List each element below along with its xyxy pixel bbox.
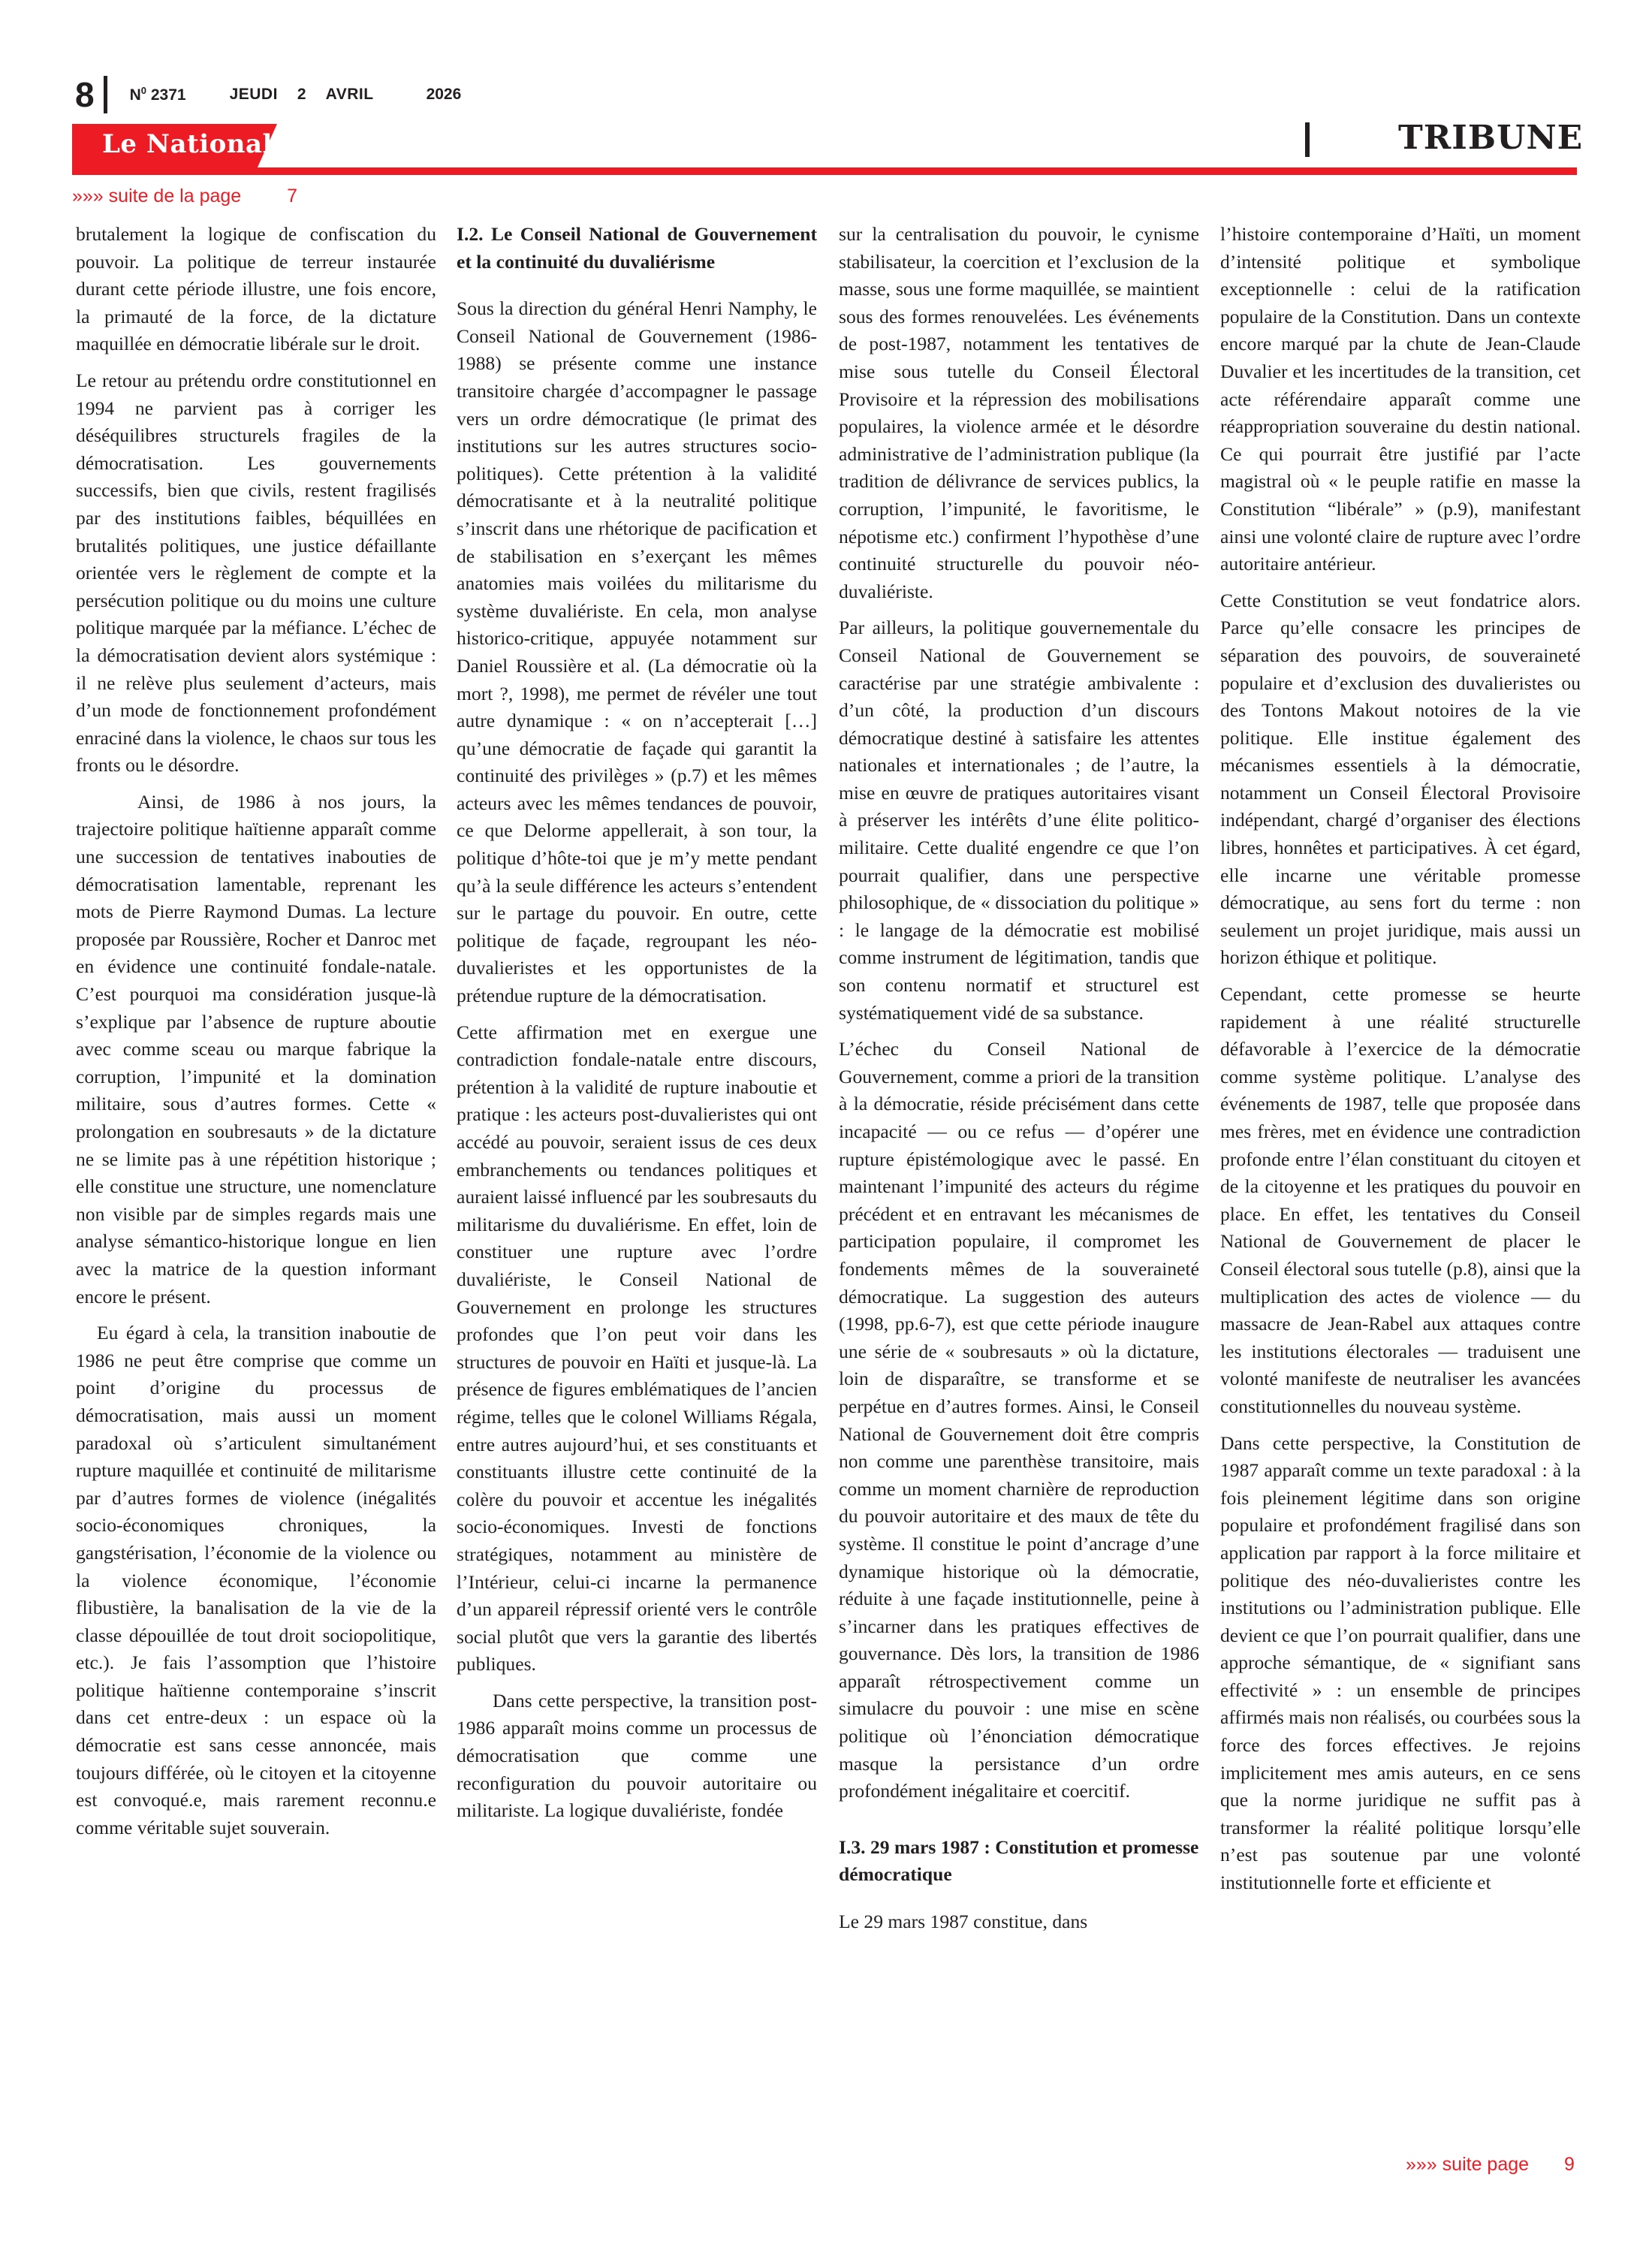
article-column-3: sur la centralisation du pouvoir, le cyn… [839,221,1199,1945]
subsection-heading: I.3. 29 mars 1987 : Constitution et prom… [839,1834,1199,1889]
paragraph: Eu égard à cela, la transition inaboutie… [76,1320,436,1841]
page-meta: 8 N0 2371 JEUDI 2 AVRIL 2026 [75,72,461,117]
paragraph: Sous la direction du général Henri Namph… [457,295,817,1009]
issue-sup: 0 [141,85,146,96]
section-divider [1305,122,1310,157]
page-number: 8 [75,77,95,112]
continue-arrows-icon: »»» [72,185,104,207]
newspaper-logo: Le National [102,129,273,159]
continued-from-label: suite de la page [109,185,242,207]
issue-date: 2 [297,86,306,104]
paragraph: Dans cette perspective, la Constitution … [1220,1430,1581,1897]
article-column-4: l’histoire contemporaine d’Haïti, un mom… [1220,221,1581,1906]
paragraph: Cette Constitution se veut fondatrice al… [1220,587,1581,972]
issue-day: JEUDI [230,86,278,104]
paragraph: Le retour au prétendu ordre constitution… [76,367,436,780]
issue-number: N0 2371 [130,85,186,104]
continued-to-link[interactable]: »»» suite page 9 [1406,2154,1575,2176]
paragraph: Le 29 mars 1987 constitue, dans [839,1908,1199,1936]
paragraph: Cependant, cette promesse se heurte rapi… [1220,981,1581,1421]
section-title: TRIBUNE [1398,119,1583,157]
issue-prefix: N [130,86,141,104]
continue-arrows-icon: »»» [1406,2154,1437,2175]
continued-to-label: suite page [1442,2154,1529,2175]
paragraph: Cette affirmation met en exergue une con… [457,1019,817,1678]
paragraph: Ainsi, de 1986 à nos jours, la trajectoi… [76,789,436,1310]
meta-divider [104,76,107,113]
issue-year: 2026 [427,86,462,104]
article-column-2: I.2. Le Conseil National de Gouvernement… [457,221,817,1834]
continued-from-link[interactable]: »»» suite de la page 7 [72,185,297,207]
issue-month: AVRIL [326,86,374,104]
article-column-1: brutalement la logique de confiscation d… [76,221,436,1850]
header-red-rule [72,167,1577,175]
paragraph: L’échec du Conseil National de Gouvernem… [839,1036,1199,1805]
paragraph: sur la centralisation du pouvoir, le cyn… [839,221,1199,605]
issue-value: 2371 [151,86,186,104]
subsection-heading: I.2. Le Conseil National de Gouvernement… [457,221,817,276]
continued-from-page: 7 [287,185,297,207]
paragraph: l’histoire contemporaine d’Haïti, un mom… [1220,221,1581,578]
paragraph: Dans cette perspective, la transition po… [457,1687,817,1825]
paragraph: Par ailleurs, la politique gouvernementa… [839,614,1199,1027]
continued-to-page: 9 [1564,2154,1575,2175]
paragraph: brutalement la logique de confiscation d… [76,221,436,358]
